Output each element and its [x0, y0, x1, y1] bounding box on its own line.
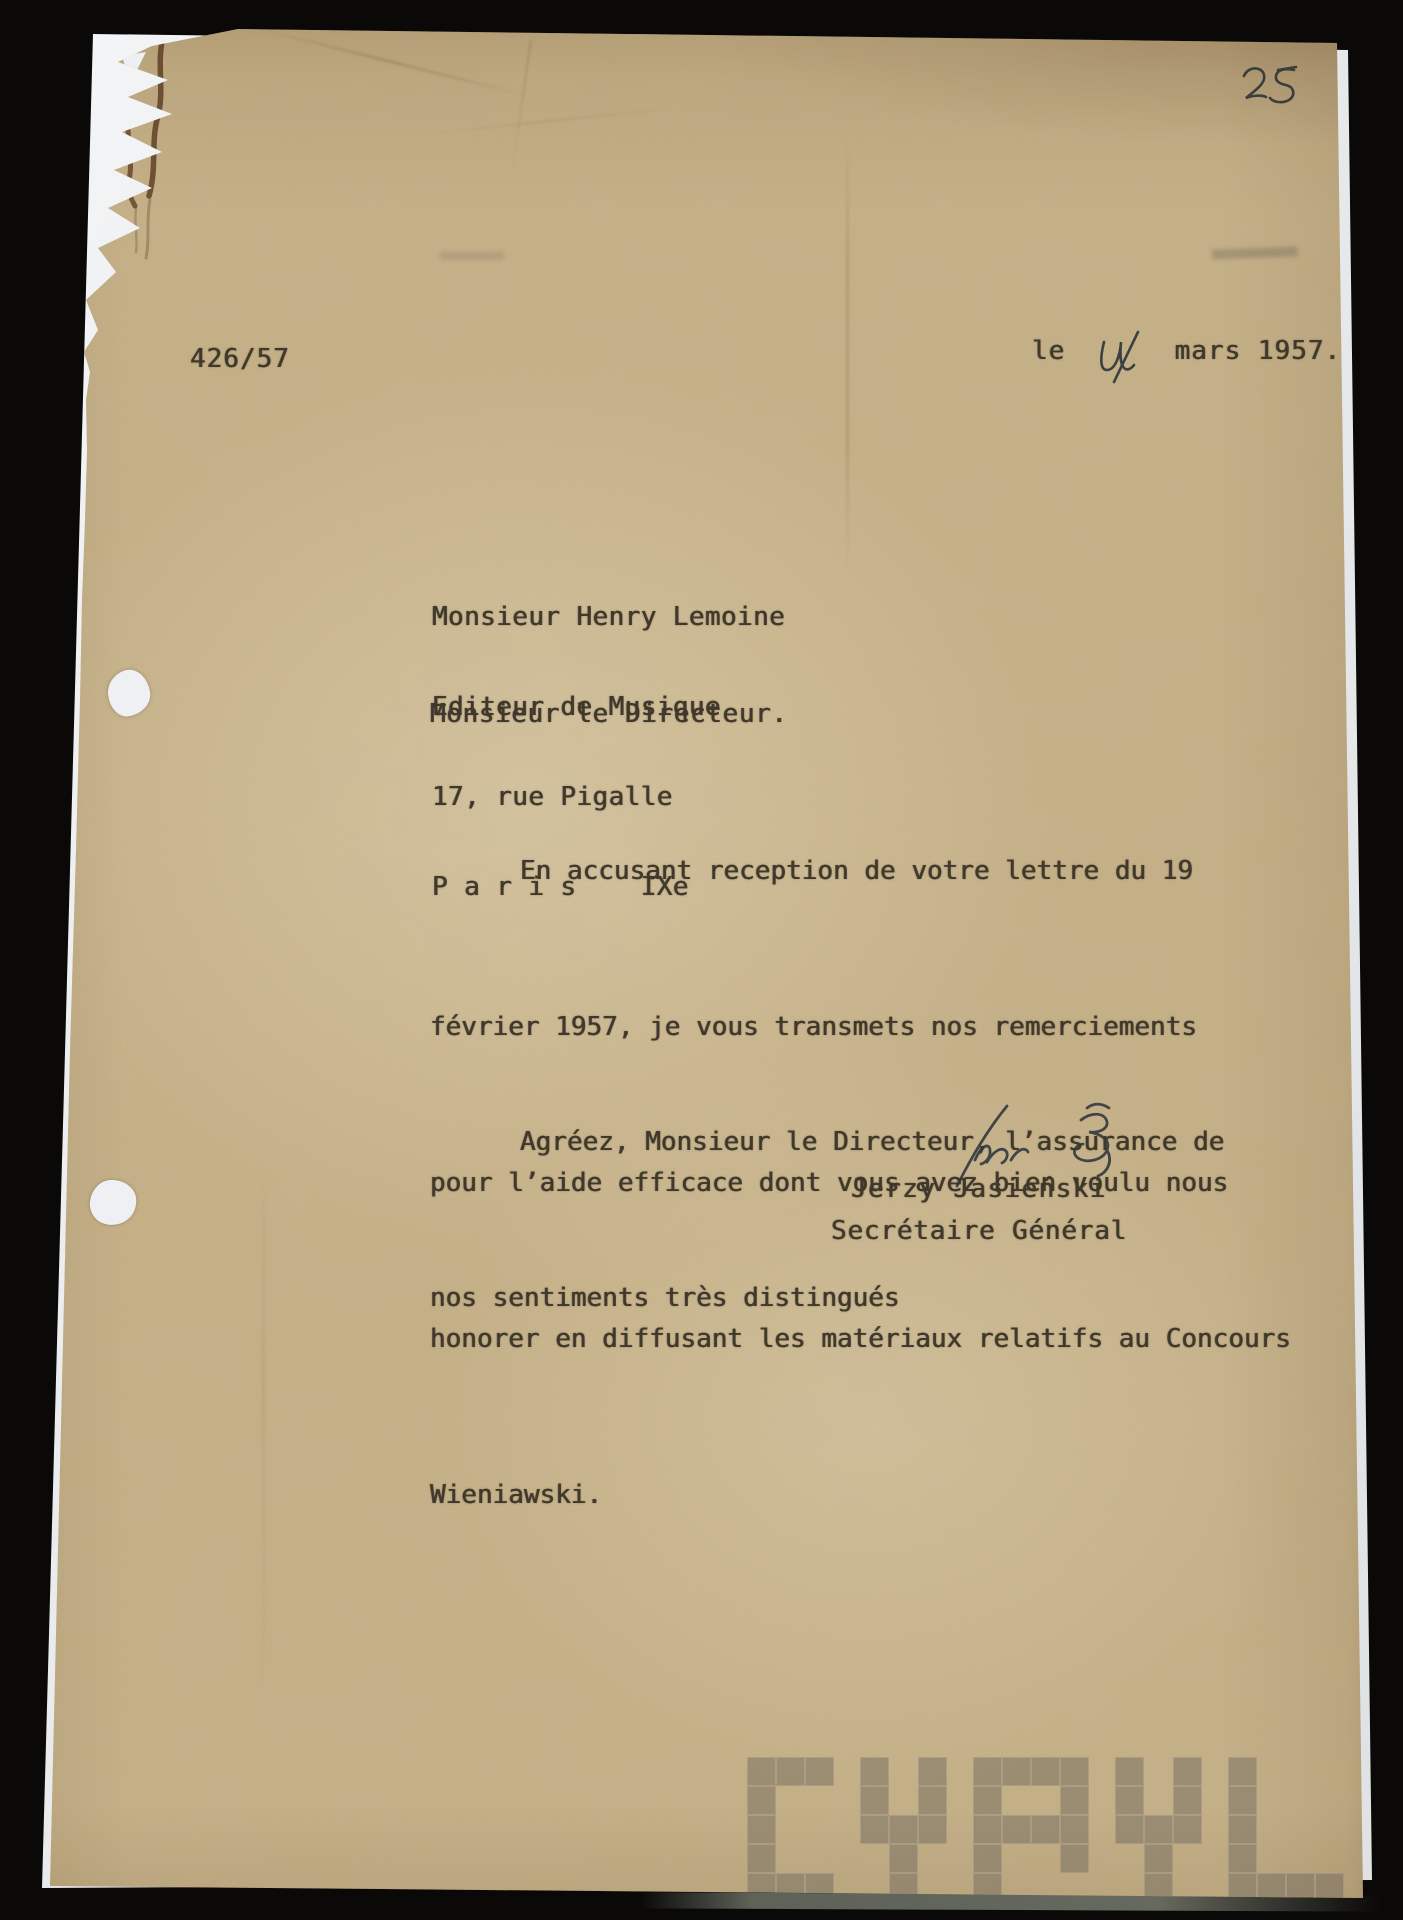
watermark-block — [747, 1757, 776, 1786]
watermark-block — [1286, 1844, 1315, 1873]
watermark-block — [747, 1786, 776, 1815]
watermark-block — [1173, 1786, 1202, 1815]
handwritten-corner-number — [1228, 60, 1312, 118]
watermark-block — [1286, 1786, 1315, 1815]
letter-paper: 426/57 le mars 1957. Monsieur Henry Lemo… — [0, 0, 1403, 1920]
watermark-block — [918, 1757, 947, 1786]
watermark-block — [1002, 1815, 1031, 1844]
watermark-block — [1257, 1757, 1286, 1786]
watermark-block — [805, 1815, 834, 1844]
watermark-block — [1173, 1757, 1202, 1786]
watermark-block — [1315, 1815, 1344, 1844]
watermark-block — [805, 1844, 834, 1873]
watermark-letter — [973, 1757, 1089, 1902]
watermark-block — [1286, 1815, 1315, 1844]
date-prefix: le — [1032, 338, 1082, 364]
watermark-block — [918, 1844, 947, 1873]
handwritten-day — [1090, 320, 1154, 386]
reference-number: 426/57 — [190, 346, 290, 372]
watermark-block — [1228, 1844, 1257, 1873]
watermark-letter — [1228, 1757, 1344, 1902]
watermark-block — [1002, 1844, 1031, 1873]
watermark-letter — [860, 1757, 947, 1902]
watermark-block — [889, 1844, 918, 1873]
watermark-block — [1173, 1815, 1202, 1844]
watermark-block — [1031, 1757, 1060, 1786]
watermark-block — [1286, 1757, 1315, 1786]
watermark-block — [1115, 1786, 1144, 1815]
cyryl-watermark — [747, 1757, 1370, 1902]
watermark-block — [973, 1757, 1002, 1786]
watermark-block — [973, 1815, 1002, 1844]
date-rest: mars 1957. — [1158, 338, 1341, 364]
watermark-block — [973, 1786, 1002, 1815]
watermark-letter — [1115, 1757, 1202, 1902]
body-line: nos sentiments très distingués — [430, 1272, 1224, 1324]
watermark-block — [1144, 1844, 1173, 1873]
signer-title: Secrétaire Général — [831, 1218, 1127, 1244]
watermark-block — [1115, 1844, 1144, 1873]
watermark-block — [860, 1786, 889, 1815]
watermark-block — [747, 1815, 776, 1844]
watermark-block — [1315, 1757, 1344, 1786]
watermark-block — [1002, 1786, 1031, 1815]
watermark-block — [776, 1815, 805, 1844]
watermark-block — [1031, 1786, 1060, 1815]
date-line: le mars 1957. — [1032, 338, 1341, 386]
watermark-block — [1173, 1844, 1202, 1873]
watermark-block — [1060, 1757, 1089, 1786]
watermark-block — [1060, 1786, 1089, 1815]
body-line: Wieniawski. — [430, 1469, 1291, 1521]
scanned-letter-page: 426/57 le mars 1957. Monsieur Henry Lemo… — [0, 0, 1403, 1920]
watermark-block — [1228, 1757, 1257, 1786]
watermark-block — [918, 1786, 947, 1815]
signer-name: Jerzy Jasieński — [851, 1176, 1107, 1202]
watermark-block — [776, 1844, 805, 1873]
watermark-block — [1257, 1786, 1286, 1815]
watermark-block — [1315, 1844, 1344, 1873]
watermark-block — [776, 1757, 805, 1786]
watermark-letter — [747, 1757, 834, 1902]
watermark-block — [1115, 1757, 1144, 1786]
watermark-block — [1228, 1786, 1257, 1815]
watermark-block — [918, 1815, 947, 1844]
watermark-block — [1060, 1844, 1089, 1873]
watermark-block — [1031, 1815, 1060, 1844]
watermark-block — [889, 1757, 918, 1786]
watermark-block — [1031, 1844, 1060, 1873]
watermark-block — [747, 1844, 776, 1873]
watermark-block — [889, 1815, 918, 1844]
watermark-block — [860, 1815, 889, 1844]
watermark-block — [860, 1757, 889, 1786]
watermark-block — [1115, 1815, 1144, 1844]
watermark-block — [973, 1844, 1002, 1873]
watermark-block — [805, 1786, 834, 1815]
watermark-block — [889, 1786, 918, 1815]
salutation: Monsieur le Directeur. — [430, 701, 788, 727]
watermark-block — [1315, 1786, 1344, 1815]
watermark-block — [776, 1786, 805, 1815]
watermark-block — [1257, 1815, 1286, 1844]
watermark-block — [1144, 1815, 1173, 1844]
watermark-block — [805, 1757, 834, 1786]
watermark-block — [1060, 1815, 1089, 1844]
watermark-block — [1257, 1844, 1286, 1873]
watermark-block — [1228, 1815, 1257, 1844]
body-line: En accusant reception de votre lettre du… — [430, 845, 1291, 897]
recipient-line: Monsieur Henry Lemoine — [432, 602, 785, 632]
watermark-block — [1002, 1757, 1031, 1786]
watermark-block — [1144, 1786, 1173, 1815]
watermark-block — [1144, 1757, 1173, 1786]
watermark-block — [860, 1844, 889, 1873]
